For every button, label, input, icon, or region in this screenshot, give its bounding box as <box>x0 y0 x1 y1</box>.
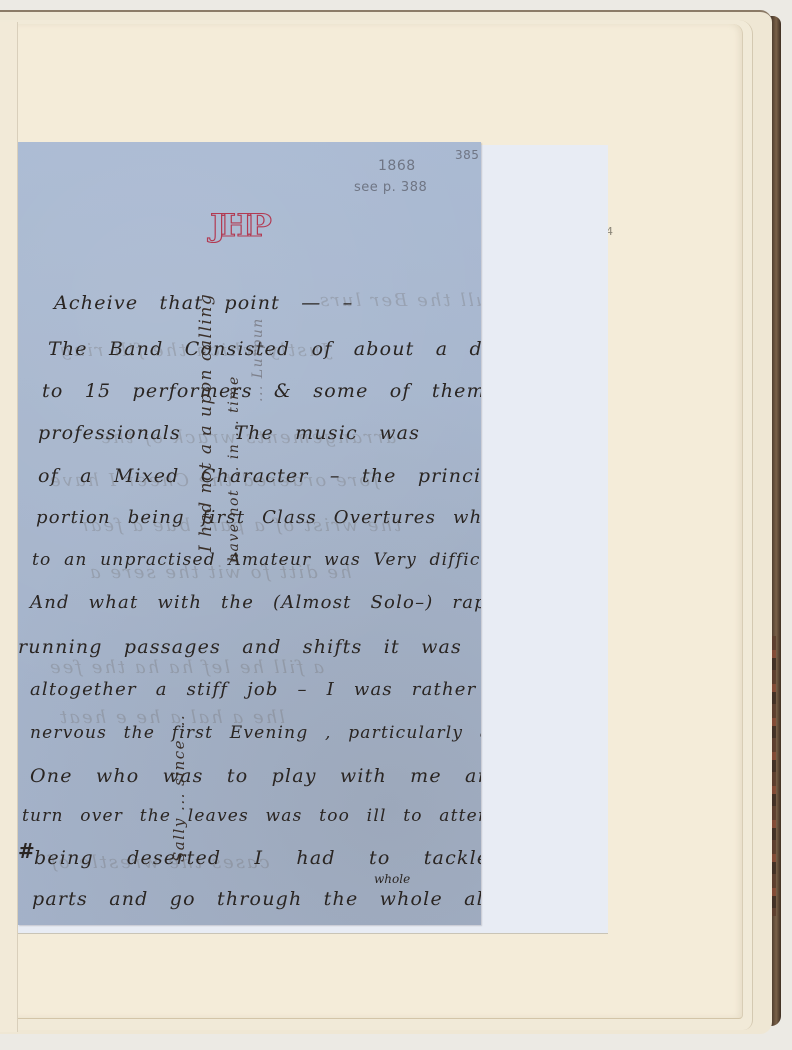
letter-line: altogether a stiff job – I was rather <box>30 679 481 700</box>
letter-line: Acheive that point — – <box>54 292 481 314</box>
vertical-marginal-note: Sally ... since ... <box>170 714 188 862</box>
letter-line: parts and go through the whole alone <box>32 888 481 910</box>
folio-number: 385 <box>455 148 479 162</box>
left-page-strip <box>0 22 18 1032</box>
letter-line: nervous the first Evening , particularly… <box>30 723 481 743</box>
letter-line: portion being first Class Overtures whic… <box>36 507 481 528</box>
letter-line: And what with the (Almost Solo–) rapid <box>30 592 481 613</box>
letterhead-monogram: JHP <box>210 208 266 244</box>
archive-cross-reference: see p. 388 <box>354 180 427 195</box>
vertical-marginal-note: ... Lurpun <box>250 317 266 402</box>
letter-line: running passages and shifts it was <box>18 636 481 658</box>
letter-line: turn over the leaves was too ill to atte… <box>22 806 481 826</box>
vertical-marginal-note: have not ... in ... time <box>226 375 242 562</box>
handwritten-letter: ull the Ber lurs Justly which the fill r… <box>18 142 481 925</box>
vertical-marginal-note: I had not a a upon calling <box>196 293 216 552</box>
letter-line: One who was to play with me and <box>30 765 481 787</box>
letter-line: to an unpractised Amateur was Very diffi… <box>32 550 481 570</box>
inserted-word: whole <box>374 872 410 886</box>
left-margin-mark: # <box>18 839 35 863</box>
letter-line: of a Mixed Character – the principal <box>38 465 481 487</box>
letter-line: being deserted I had to tackle my <box>34 847 481 869</box>
archive-year: 1868 <box>378 158 416 174</box>
letter-line: professionals – The music was <box>38 422 481 444</box>
bleed-through-text: a fill he lef ha ha the fee <box>48 657 324 678</box>
